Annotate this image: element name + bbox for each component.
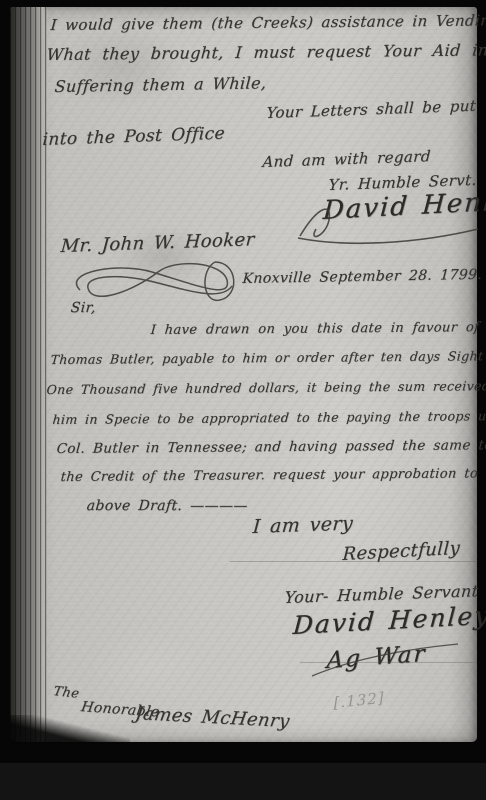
salutation: Sir, <box>70 300 97 316</box>
letter-line: Suffering them a While, <box>54 73 267 96</box>
letter-line: into the Post Office <box>42 124 226 150</box>
footer-address-line: James McHenry <box>134 703 291 732</box>
ruled-guideline <box>300 662 474 663</box>
signature: David Henley <box>292 601 486 640</box>
letter-line: Your Letters shall be put <box>266 97 477 122</box>
archival-page-number: [.132] <box>333 689 384 712</box>
letter-line: I would give them (the Creeks) assistanc… <box>50 11 486 34</box>
letter-line: What they brought, I must request Your A… <box>46 40 486 64</box>
letter-line: Col. Butler in Tennessee; and having pas… <box>56 437 486 457</box>
closing-line: I am very <box>252 512 354 538</box>
signature-title: Ag War <box>326 641 427 674</box>
dateline: Knoxville September 28. 1799. — <box>242 266 486 287</box>
letter-line: the Credit of the Treasurer. request you… <box>60 466 486 485</box>
addressee: Mr. John W. Hooker <box>60 229 255 257</box>
letter-line: I have drawn on you this date in favour … <box>150 320 486 338</box>
letter-line: him in Specie to be appropriated to the … <box>52 408 486 427</box>
letter-line: One Thousand five hundred dollars, it be… <box>46 378 486 397</box>
handwriting-layer: I would give them (the Creeks) assistanc… <box>0 0 486 800</box>
footer-address-line: The <box>52 684 81 701</box>
scanned-letterbook-page: I would give them (the Creeks) assistanc… <box>0 0 486 800</box>
letter-line: And am with regard <box>262 147 431 171</box>
letter-line: Thomas Butler, payable to him or order a… <box>50 348 486 367</box>
letter-line: above Draft. ———— <box>86 498 249 514</box>
ruled-guideline <box>230 561 476 562</box>
